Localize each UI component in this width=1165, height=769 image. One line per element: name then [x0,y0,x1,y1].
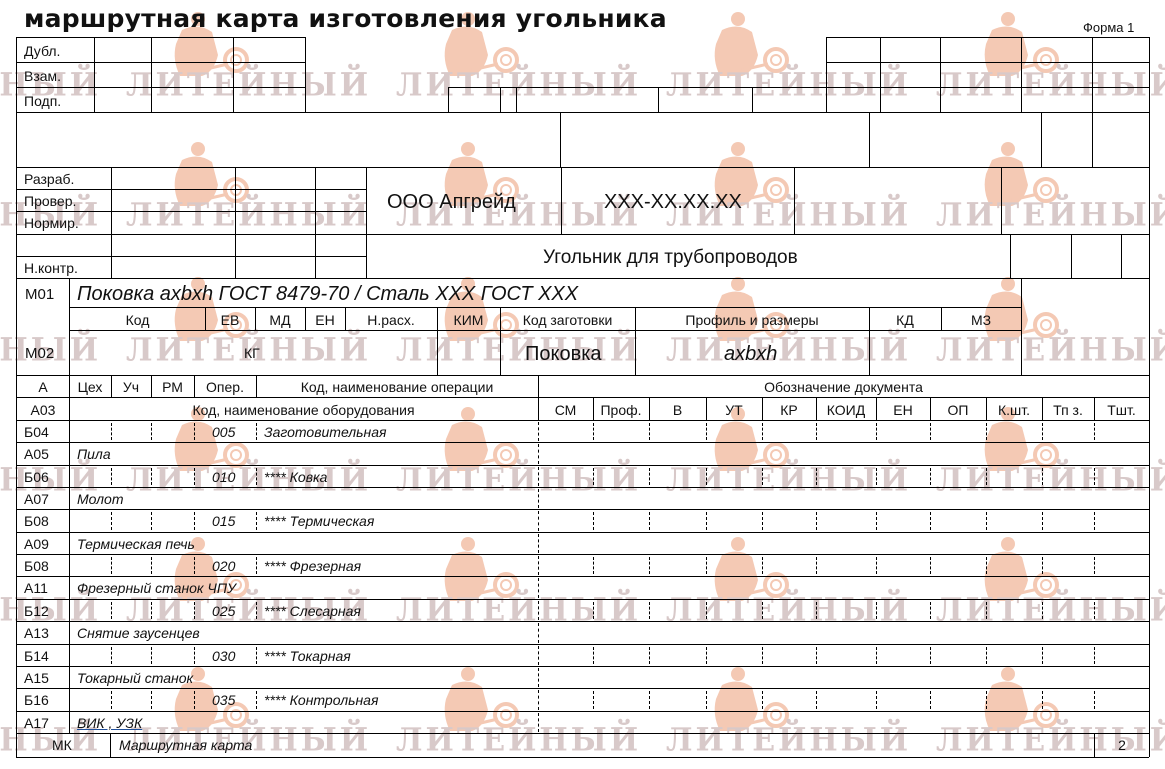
dashed-divider [706,512,707,530]
dashed-divider [706,468,707,485]
grid-line [16,509,1149,510]
dashed-divider [649,602,650,619]
part-name: Угольник для трубопроводов [543,248,798,267]
dashed-divider [930,468,931,485]
grid-line [500,87,501,112]
stamp-label-podp: Подп. [24,94,61,108]
operation-number: 030 [212,649,235,663]
grid-line [869,112,870,167]
operation-name: **** Токарная [264,649,351,663]
mat-header-blank-code: Код заготовки [500,313,635,327]
dashed-divider [151,647,152,664]
col-header-uch: Уч [111,380,151,394]
grid-line [16,442,1149,443]
dashed-divider [930,557,931,574]
page-number: 2 [1095,738,1149,752]
doc-col-header: СМ [538,403,593,417]
dashed-divider [762,602,763,619]
equipment-name: Снятие заусенцев [77,626,200,640]
grid-line [516,87,517,112]
operation-number: 010 [212,470,235,484]
mat-header-en: ЕН [305,313,345,327]
dashed-divider [194,647,195,664]
dashed-divider [151,602,152,619]
dashed-divider [111,423,112,440]
footer-doc-type: МК [52,738,72,752]
col-header-ceh: Цех [69,380,111,394]
grid-line [16,554,1149,555]
grid-line [69,576,70,599]
doc-col-header: УТ [706,403,762,417]
dashed-divider [1042,602,1043,619]
equipment-name: Термическая печь [77,537,195,551]
dashed-divider [256,557,257,574]
row-code: А15 [24,671,49,685]
dashed-divider [649,423,650,440]
dashed-divider [649,647,650,664]
dashed-divider [876,423,877,440]
dashed-divider [649,691,650,709]
material-description: Поковка axbxh ГОСТ 8479-70 / Сталь XXX Г… [77,284,578,304]
mat-header-kd: КД [869,313,941,327]
dashed-divider [538,556,539,575]
dashed-divider [1094,423,1095,440]
grid-line [16,733,1149,734]
grid-line [1001,167,1002,234]
row-code: Б14 [24,649,49,663]
dashed-divider [816,468,817,485]
dashed-divider [538,646,539,665]
stamp-label-vzam: Взам. [24,69,61,83]
dashed-divider [762,512,763,530]
grid-line [448,87,449,112]
col-header-rm: РМ [151,380,194,394]
operation-name: **** Фрезерная [264,559,361,573]
grid-line [16,711,1149,712]
dashed-divider [930,602,931,619]
grid-line [366,167,367,278]
doc-col-header: Тшт. [1094,403,1149,417]
dashed-divider [1042,512,1043,530]
dashed-divider [876,647,877,664]
grid-line [16,621,1149,622]
dashed-divider [111,647,112,664]
dashed-divider [593,468,594,485]
dashed-divider [1042,423,1043,440]
dashed-divider [593,512,594,530]
grid-line [16,420,538,421]
grid-line [69,599,70,621]
grid-line [826,37,1149,38]
dashed-divider [876,602,877,619]
mat-header-md: МД [255,313,305,327]
dashed-divider [111,602,112,619]
dashed-divider [538,713,539,732]
grid-line [1121,234,1122,278]
page-title: маршрутная карта изготовления угольника [24,4,667,33]
grid-line [826,62,1149,63]
dashed-divider [1094,512,1095,530]
row-code: А05 [24,447,49,461]
dashed-divider [593,647,594,664]
dashed-divider [762,691,763,709]
col-header-equipment: Код, наименование оборудования [69,403,538,417]
grid-line [69,532,70,554]
sign-label-prover: Провер. [24,194,76,208]
footer-doc-name: Маршрутная карта [119,738,252,752]
dashed-divider [256,468,257,485]
dashed-divider [1042,647,1043,664]
dashed-divider [816,557,817,574]
dashed-divider [538,467,539,486]
equipment-name: Токарный станок [77,671,193,685]
grid-line [826,37,827,112]
grid-line [69,621,70,644]
dashed-divider [538,668,539,687]
document-code: XXX-XX.XX.XX [604,192,742,212]
grid-line [1149,37,1150,757]
dashed-divider [762,647,763,664]
dashed-divider [706,691,707,709]
grid-line [16,757,1149,758]
grid-line [1021,278,1022,375]
row-code: А11 [24,581,48,595]
grid-line [16,397,1149,398]
row-code: Б08 [24,559,49,573]
grid-line [16,688,1149,689]
grid-line [16,375,1149,376]
grid-line [69,711,70,733]
dashed-divider [194,468,195,485]
operation-number: 035 [212,693,235,707]
grid-line [16,112,1149,113]
col-header-a: А [17,380,69,394]
operation-name: **** Термическая [264,514,374,528]
operation-name: **** Слесарная [264,604,361,618]
row-code: А07 [24,492,49,506]
equipment-name: Фрезерный станок ЧПУ [77,581,236,595]
dashed-divider [986,423,987,440]
sign-label-razrab: Разраб. [24,172,74,186]
dashed-divider [986,557,987,574]
operation-number: 005 [212,425,235,439]
grid-line [315,167,316,278]
dashed-divider [1042,468,1043,485]
dashed-divider [593,691,594,709]
m02-label: М02 [25,346,54,361]
dashed-divider [194,423,195,440]
mat-header-profile: Профиль и размеры [635,313,869,327]
grid-line [110,733,111,757]
grid-line [940,37,941,112]
dashed-divider [930,691,931,709]
dashed-divider [706,602,707,619]
grid-line [538,420,1149,421]
row-code: А17 [24,716,49,730]
dashed-divider [762,423,763,440]
dashed-divider [151,468,152,485]
grid-line [1092,112,1093,167]
grid-line [233,37,234,112]
grid-line [794,167,795,234]
dashed-divider [816,423,817,440]
grid-line [16,62,305,63]
dashed-divider [1094,468,1095,485]
grid-line [366,234,1149,235]
grid-line [1071,234,1072,278]
mat-header-ev: ЕВ [205,313,255,327]
sign-label-nkontr: Н.контр. [24,261,78,275]
doc-col-header: Проф. [593,403,649,417]
grid-line [16,278,1149,279]
dashed-divider [538,444,539,464]
doc-col-header: ЕН [876,403,930,417]
stamp-label-dubl: Дубл. [24,44,60,58]
dashed-divider [111,512,112,530]
doc-col-header: Тп з. [1042,403,1094,417]
grid-line [235,167,236,278]
doc-col-header: В [649,403,706,417]
grid-line [16,644,1149,645]
dashed-divider [256,691,257,709]
grid-line [69,666,70,688]
col-header-doc: Обозначение документа [538,380,1149,394]
dashed-divider [538,511,539,531]
dashed-divider [649,468,650,485]
grid-line [111,167,112,278]
dashed-divider [1094,691,1095,709]
equipment-name: Пила [77,447,111,461]
dashed-divider [194,691,195,709]
dashed-divider [256,647,257,664]
dashed-divider [876,691,877,709]
dashed-divider [986,468,987,485]
grid-line [561,167,562,234]
operation-name: **** Контрольная [264,693,378,707]
dashed-divider [1094,557,1095,574]
grid-line [69,487,70,509]
grid-line [16,87,305,88]
form-label: Форма 1 [1083,21,1134,34]
grid-line [16,167,1149,168]
dashed-divider [762,468,763,485]
equipment-name: Молот [77,492,123,506]
dashed-divider [538,489,539,508]
grid-line [1021,37,1022,112]
mat-header-nrash: Н.расх. [345,313,437,327]
grid-line [1041,112,1042,167]
dashed-divider [538,534,539,553]
row-code: Б08 [24,514,49,528]
row-code: Б04 [24,425,49,439]
dashed-divider [194,512,195,530]
grid-line [16,576,1149,577]
doc-col-header: ОП [930,403,986,417]
grid-line [69,644,70,666]
dashed-divider [986,512,987,530]
dashed-divider [816,691,817,709]
grid-line [560,112,561,167]
grid-line [69,509,70,532]
grid-line [16,532,1149,533]
grid-line [16,211,366,212]
m01-label: М01 [25,287,54,302]
dashed-divider [593,557,594,574]
dashed-divider [151,423,152,440]
grid-line [94,37,95,112]
dashed-divider [986,691,987,709]
grid-line [69,688,70,711]
dashed-divider [151,512,152,530]
equipment-name: ВИК , УЗК [77,716,142,730]
dashed-divider [194,557,195,574]
grid-line [69,442,70,465]
dashed-divider [986,602,987,619]
row-code: А13 [24,626,49,640]
sign-label-normir: Нормир. [24,216,79,230]
grid-line [16,37,305,38]
dashed-divider [706,647,707,664]
grid-line [305,37,306,112]
grid-line [658,87,659,112]
organization-name: ООО Апгрейд [387,192,516,212]
grid-line [448,87,1149,88]
dashed-divider [876,468,877,485]
mat-header-mz: МЗ [941,313,1021,327]
dashed-divider [762,557,763,574]
doc-col-header: КОИД [816,403,876,417]
mat-header-kod: Код [70,313,205,327]
m02-profile-value: axbxh [724,344,777,364]
dashed-divider [649,512,650,530]
col-header-operation: Код, наименование операции [256,380,538,394]
dashed-divider [538,690,539,710]
dashed-divider [706,557,707,574]
dashed-divider [538,623,539,643]
dashed-divider [538,601,539,620]
grid-line [1092,37,1093,112]
dashed-divider [1094,602,1095,619]
dashed-divider [1042,691,1043,709]
dashed-divider [816,512,817,530]
dashed-divider [593,423,594,440]
dashed-divider [194,602,195,619]
grid-line [16,666,1149,667]
grid-line [1010,234,1011,278]
row-code: А09 [24,537,49,551]
grid-line [69,307,1021,308]
mat-header-kim: КИМ [437,313,500,327]
row-code: Б16 [24,693,49,707]
dashed-divider [1042,557,1043,574]
grid-line [16,465,1149,466]
grid-line [16,487,1149,488]
m02-ev-value: КГ [244,346,260,360]
dashed-divider [930,423,931,440]
grid-line [16,256,366,257]
dashed-divider [538,422,539,441]
grid-line [880,37,881,112]
dashed-divider [256,512,257,530]
dashed-divider [816,602,817,619]
dashed-divider [111,557,112,574]
dashed-divider [876,512,877,530]
grid-line [16,234,366,235]
dashed-divider [816,647,817,664]
dashed-divider [706,423,707,440]
grid-line [752,87,753,112]
doc-col-header: К.шт. [986,403,1042,417]
dashed-divider [151,691,152,709]
dashed-divider [111,468,112,485]
grid-line [69,330,1021,331]
dashed-divider [1094,647,1095,664]
operation-number: 020 [212,559,235,573]
grid-line [69,465,70,487]
dashed-divider [986,647,987,664]
row-code: Б12 [24,604,49,618]
m02-blank-code-value: Поковка [525,344,602,364]
dashed-divider [111,691,112,709]
dashed-divider [256,602,257,619]
grid-line [16,599,1149,600]
operation-number: 015 [212,514,235,528]
dashed-divider [256,423,257,440]
operation-name: Заготовительная [264,425,387,439]
dashed-divider [649,557,650,574]
grid-line [16,189,366,190]
operation-name: **** Ковка [264,470,327,484]
grid-line [151,37,152,112]
doc-col-header: КР [762,403,816,417]
dashed-divider [538,578,539,598]
col-header-oper: Опер. [194,380,256,394]
grid-line [69,554,70,576]
dashed-divider [876,557,877,574]
operation-number: 025 [212,604,235,618]
dashed-divider [151,557,152,574]
col-header-a03: А03 [17,403,69,417]
grid-line [69,420,70,442]
dashed-divider [930,512,931,530]
dashed-divider [593,602,594,619]
dashed-divider [930,647,931,664]
row-code: Б06 [24,470,49,484]
